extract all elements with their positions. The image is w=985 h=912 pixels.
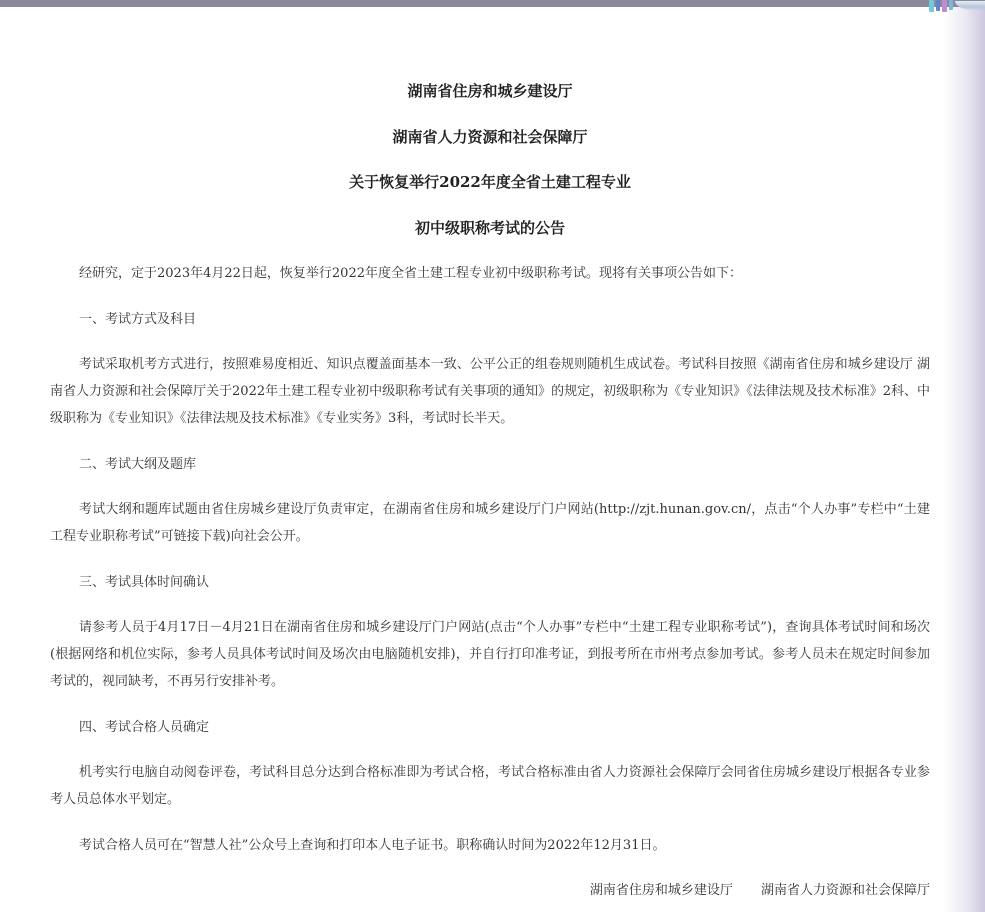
corner-art-swoosh <box>955 1 985 11</box>
section-heading-1: 一、考试方式及科目 <box>50 306 930 333</box>
doc-paragraph-section-1: 考试采取机考方式进行，按照难易度相近、知识点覆盖面基本一致、公平公正的组卷规则随… <box>50 351 930 432</box>
right-edge-gradient <box>943 0 985 912</box>
corner-art-stripe-lightblue <box>949 0 953 10</box>
signature-line: 湖南省住房和城乡建设厅 湖南省人力资源和社会保障厅 <box>50 877 930 904</box>
corner-art-stripe-cyan <box>929 0 934 12</box>
section-heading-3: 三、考试具体时间确认 <box>50 569 930 596</box>
doc-paragraph-section-4a: 机考实行电脑自动阅卷评卷，考试科目总分达到合格标准即为考试合格，考试合格标准由省… <box>50 759 930 813</box>
corner-art-stripe-pink <box>942 0 947 12</box>
signature-agency-housing: 湖南省住房和城乡建设厅 <box>590 883 733 898</box>
doc-paragraph-intro: 经研究，定于2023年4月22日起，恢复举行2022年度全省土建工程专业初中级职… <box>50 260 930 287</box>
top-edge-bar <box>0 0 985 7</box>
doc-title-line-2: 湖南省人力资源和社会保障厅 <box>50 124 930 151</box>
corner-artwork <box>925 0 985 14</box>
doc-paragraph-section-2: 考试大纲和题库试题由省住房城乡建设厅负责审定，在湖南省住房和城乡建设厅门户网站(… <box>50 496 930 550</box>
doc-title-line-4: 初中级职称考试的公告 <box>50 215 930 242</box>
section-heading-4: 四、考试合格人员确定 <box>50 714 930 741</box>
signature-agency-hr: 湖南省人力资源和社会保障厅 <box>761 883 930 898</box>
document-page: 湖南省住房和城乡建设厅 湖南省人力资源和社会保障厅 关于恢复举行2022年度全省… <box>0 0 985 904</box>
section-heading-2: 二、考试大纲及题库 <box>50 451 930 478</box>
doc-title-line-3: 关于恢复举行2022年度全省土建工程专业 <box>50 169 930 196</box>
doc-title-line-1: 湖南省住房和城乡建设厅 <box>50 78 930 105</box>
corner-art-stripe-blue <box>936 0 940 11</box>
doc-paragraph-section-3: 请参考人员于4月17日－4月21日在湖南省住房和城乡建设厅门户网站(点击“个人办… <box>50 614 930 695</box>
doc-paragraph-section-4b: 考试合格人员可在“智慧人社”公众号上查询和打印本人电子证书。职称确认时间为202… <box>50 832 930 859</box>
